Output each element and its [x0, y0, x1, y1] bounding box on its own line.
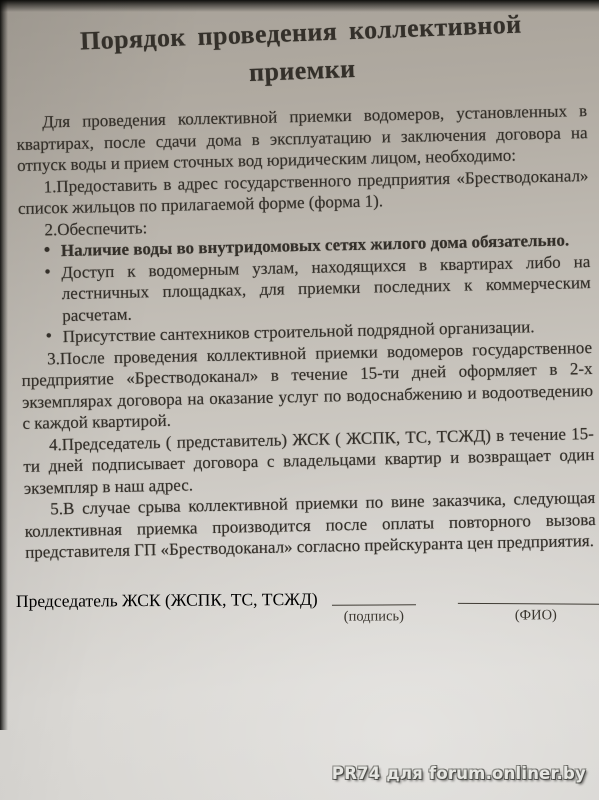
document-body: Для проведения коллективной приемки водо… [16, 100, 596, 563]
bullet-dot-icon: • [44, 239, 51, 261]
numbered-item-4: 4.Председатель ( представитель) ЖСК ( ЖС… [23, 422, 595, 498]
document-content: Порядок проведения коллективной приемки … [16, 14, 587, 564]
document-photo: Порядок проведения коллективной приемки … [0, 0, 599, 800]
bullet-dot-icon: • [45, 325, 52, 347]
signature-name-field: (ФИО) [458, 587, 599, 625]
signature-label: Председатель ЖСК (ЖСПК, ТС, ТСЖД) [16, 589, 318, 612]
bullet-list: • Наличие воды во внутридомовых сетях жи… [19, 229, 592, 348]
signature-name-caption: (ФИО) [515, 607, 557, 624]
document-title: Порядок проведения коллективной приемки [15, 3, 588, 101]
photo-edge-left [0, 0, 8, 730]
name-line [458, 587, 599, 605]
numbered-item-3: 3.После проведения коллективной приемки … [21, 336, 594, 434]
signature-block: Председатель ЖСК (ЖСПК, ТС, ТСЖД) (подпи… [16, 587, 587, 628]
bullet-dot-icon: • [44, 261, 51, 283]
numbered-item-5: 5.В случае срыва коллективной приемки по… [24, 487, 596, 563]
bullet-text: Доступ к водомерным узлам, находящихся в… [61, 252, 591, 325]
intro-paragraph: Для проведения коллективной приемки водо… [16, 100, 588, 176]
forum-watermark: PR74 для forum.onliner.by [332, 764, 586, 783]
signature-sign-caption: (подпись) [344, 608, 404, 625]
signature-sign-field: (подпись) [332, 588, 416, 626]
signature-line [332, 588, 416, 606]
bullet-item-access: • Доступ к водомерным узлам, находящихся… [43, 251, 591, 327]
